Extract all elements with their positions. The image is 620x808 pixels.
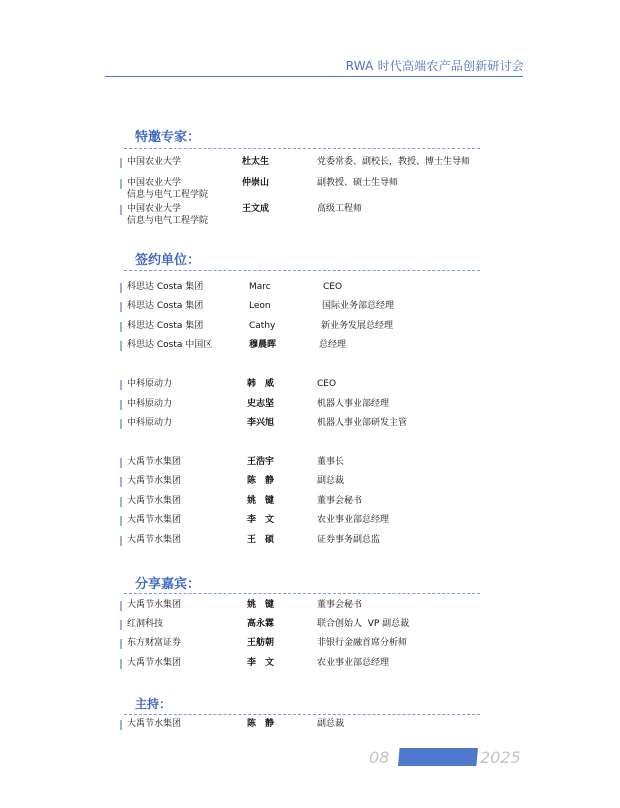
section-divider (124, 270, 480, 271)
person-name: 陈 静 (247, 475, 274, 487)
person-name: Leon (249, 300, 271, 312)
person-name: 李 文 (247, 657, 274, 669)
person-title: CEO (317, 378, 336, 390)
person-name: 韩 威 (247, 378, 274, 390)
person-title: 国际业务部总经理 (322, 300, 394, 312)
person-name: 姚 键 (247, 599, 274, 611)
person-name: 李 文 (247, 514, 274, 526)
org-name: 中科原动力 (127, 398, 172, 410)
org-name: 中国农业大学 (127, 177, 181, 189)
bullet-bar (120, 516, 122, 526)
person-name: 李兴旭 (247, 417, 274, 429)
person-title: 新业务发展总经理 (321, 320, 393, 332)
bullet-bar (120, 400, 122, 410)
bullet-bar (120, 601, 122, 611)
bullet-bar (120, 179, 122, 189)
org-name: 中国农业大学 (127, 156, 181, 168)
bullet-bar (120, 322, 122, 332)
bullet-bar (120, 477, 122, 487)
person-title: 董事长 (317, 456, 344, 468)
person-title: 副总裁 (317, 718, 344, 730)
org-name: 红洞科技 (127, 618, 163, 630)
bullet-bar (120, 302, 122, 312)
org-name: 中科原动力 (127, 378, 172, 390)
org-name: 科思达 Costa 集团 (127, 320, 203, 332)
org-name: 大禹节水集团 (127, 456, 181, 468)
org-name: 大禹节水集团 (127, 534, 181, 546)
person-title: 副教授、硕士生导师 (317, 177, 398, 189)
person-name: 王浩宇 (247, 456, 274, 468)
section-title-host: 主持： (135, 695, 171, 712)
bullet-bar (120, 205, 122, 215)
page-number: 08 (369, 748, 389, 767)
org-name: 科思达 Costa 集团 (127, 281, 203, 293)
person-name: 史志坚 (247, 398, 274, 410)
section-title-experts: 特邀专家： (135, 126, 200, 145)
section-title-signing: 签约单位： (135, 249, 200, 268)
person-name: 王舫朝 (247, 637, 274, 649)
bullet-bar (120, 380, 122, 390)
footer-year: 2025 (480, 748, 521, 767)
footer-accent-bar (398, 748, 478, 766)
org-name: 东方财富证券 (127, 637, 181, 649)
bullet-bar (120, 341, 122, 351)
person-name: 王 硕 (247, 534, 274, 546)
bullet-bar (120, 720, 122, 730)
person-title: 机器人事业部经理 (317, 398, 389, 410)
org-name: 大禹节水集团 (127, 475, 181, 487)
person-name: 仲崇山 (242, 177, 269, 189)
person-name: Cathy (249, 320, 275, 332)
section-divider (124, 714, 480, 715)
person-title: 农业事业部总经理 (317, 657, 389, 669)
bullet-bar (120, 158, 122, 168)
bullet-bar (120, 419, 122, 429)
person-title: 机器人事业部研发主管 (317, 417, 407, 429)
org-name: 大禹节水集团 (127, 514, 181, 526)
section-divider (124, 593, 480, 594)
person-name: 陈 静 (247, 718, 274, 730)
bullet-bar (120, 620, 122, 630)
bullet-bar (120, 458, 122, 468)
person-title: 非银行金融首席分析师 (317, 637, 407, 649)
bullet-bar (120, 283, 122, 293)
person-name: Marc (249, 281, 271, 293)
person-name: 高永霖 (247, 618, 274, 630)
org-name: 中科原动力 (127, 417, 172, 429)
org-name: 科思达 Costa 中国区 (127, 339, 212, 351)
person-title: 副总裁 (317, 475, 344, 487)
bullet-bar (120, 639, 122, 649)
bullet-bar (120, 497, 122, 507)
org-name: 大禹节水集团 (127, 599, 181, 611)
org-department: 信息与电气工程学院 (127, 189, 208, 201)
person-title: 农业事业部总经理 (317, 514, 389, 526)
org-name: 大禹节水集团 (127, 718, 181, 730)
section-divider (124, 148, 480, 149)
bullet-bar (120, 536, 122, 546)
person-name: 穆晨晖 (249, 339, 276, 351)
person-title: 董事会秘书 (317, 495, 362, 507)
person-name: 姚 键 (247, 495, 274, 507)
org-name: 中国农业大学 (127, 203, 181, 215)
person-title: 董事会秘书 (317, 599, 362, 611)
person-title: 高级工程师 (317, 203, 362, 215)
person-title: 联合创始人 VP 副总裁 (317, 618, 409, 630)
header-divider (105, 76, 523, 77)
header-title: RWA 时代高端农产品创新研讨会 (346, 57, 524, 74)
person-title: 党委常委、副校长，教授、博士生导师 (317, 156, 470, 168)
section-title-speakers: 分享嘉宾： (135, 573, 200, 592)
org-name: 大禹节水集团 (127, 495, 181, 507)
person-title: 证券事务副总监 (317, 534, 380, 546)
person-name: 杜太生 (242, 156, 269, 168)
org-name: 科思达 Costa 集团 (127, 300, 203, 312)
org-name: 大禹节水集团 (127, 657, 181, 669)
person-title: 总经理 (319, 339, 346, 351)
org-department: 信息与电气工程学院 (127, 215, 208, 227)
bullet-bar (120, 659, 122, 669)
person-title: CEO (323, 281, 342, 293)
person-name: 王文成 (242, 203, 269, 215)
